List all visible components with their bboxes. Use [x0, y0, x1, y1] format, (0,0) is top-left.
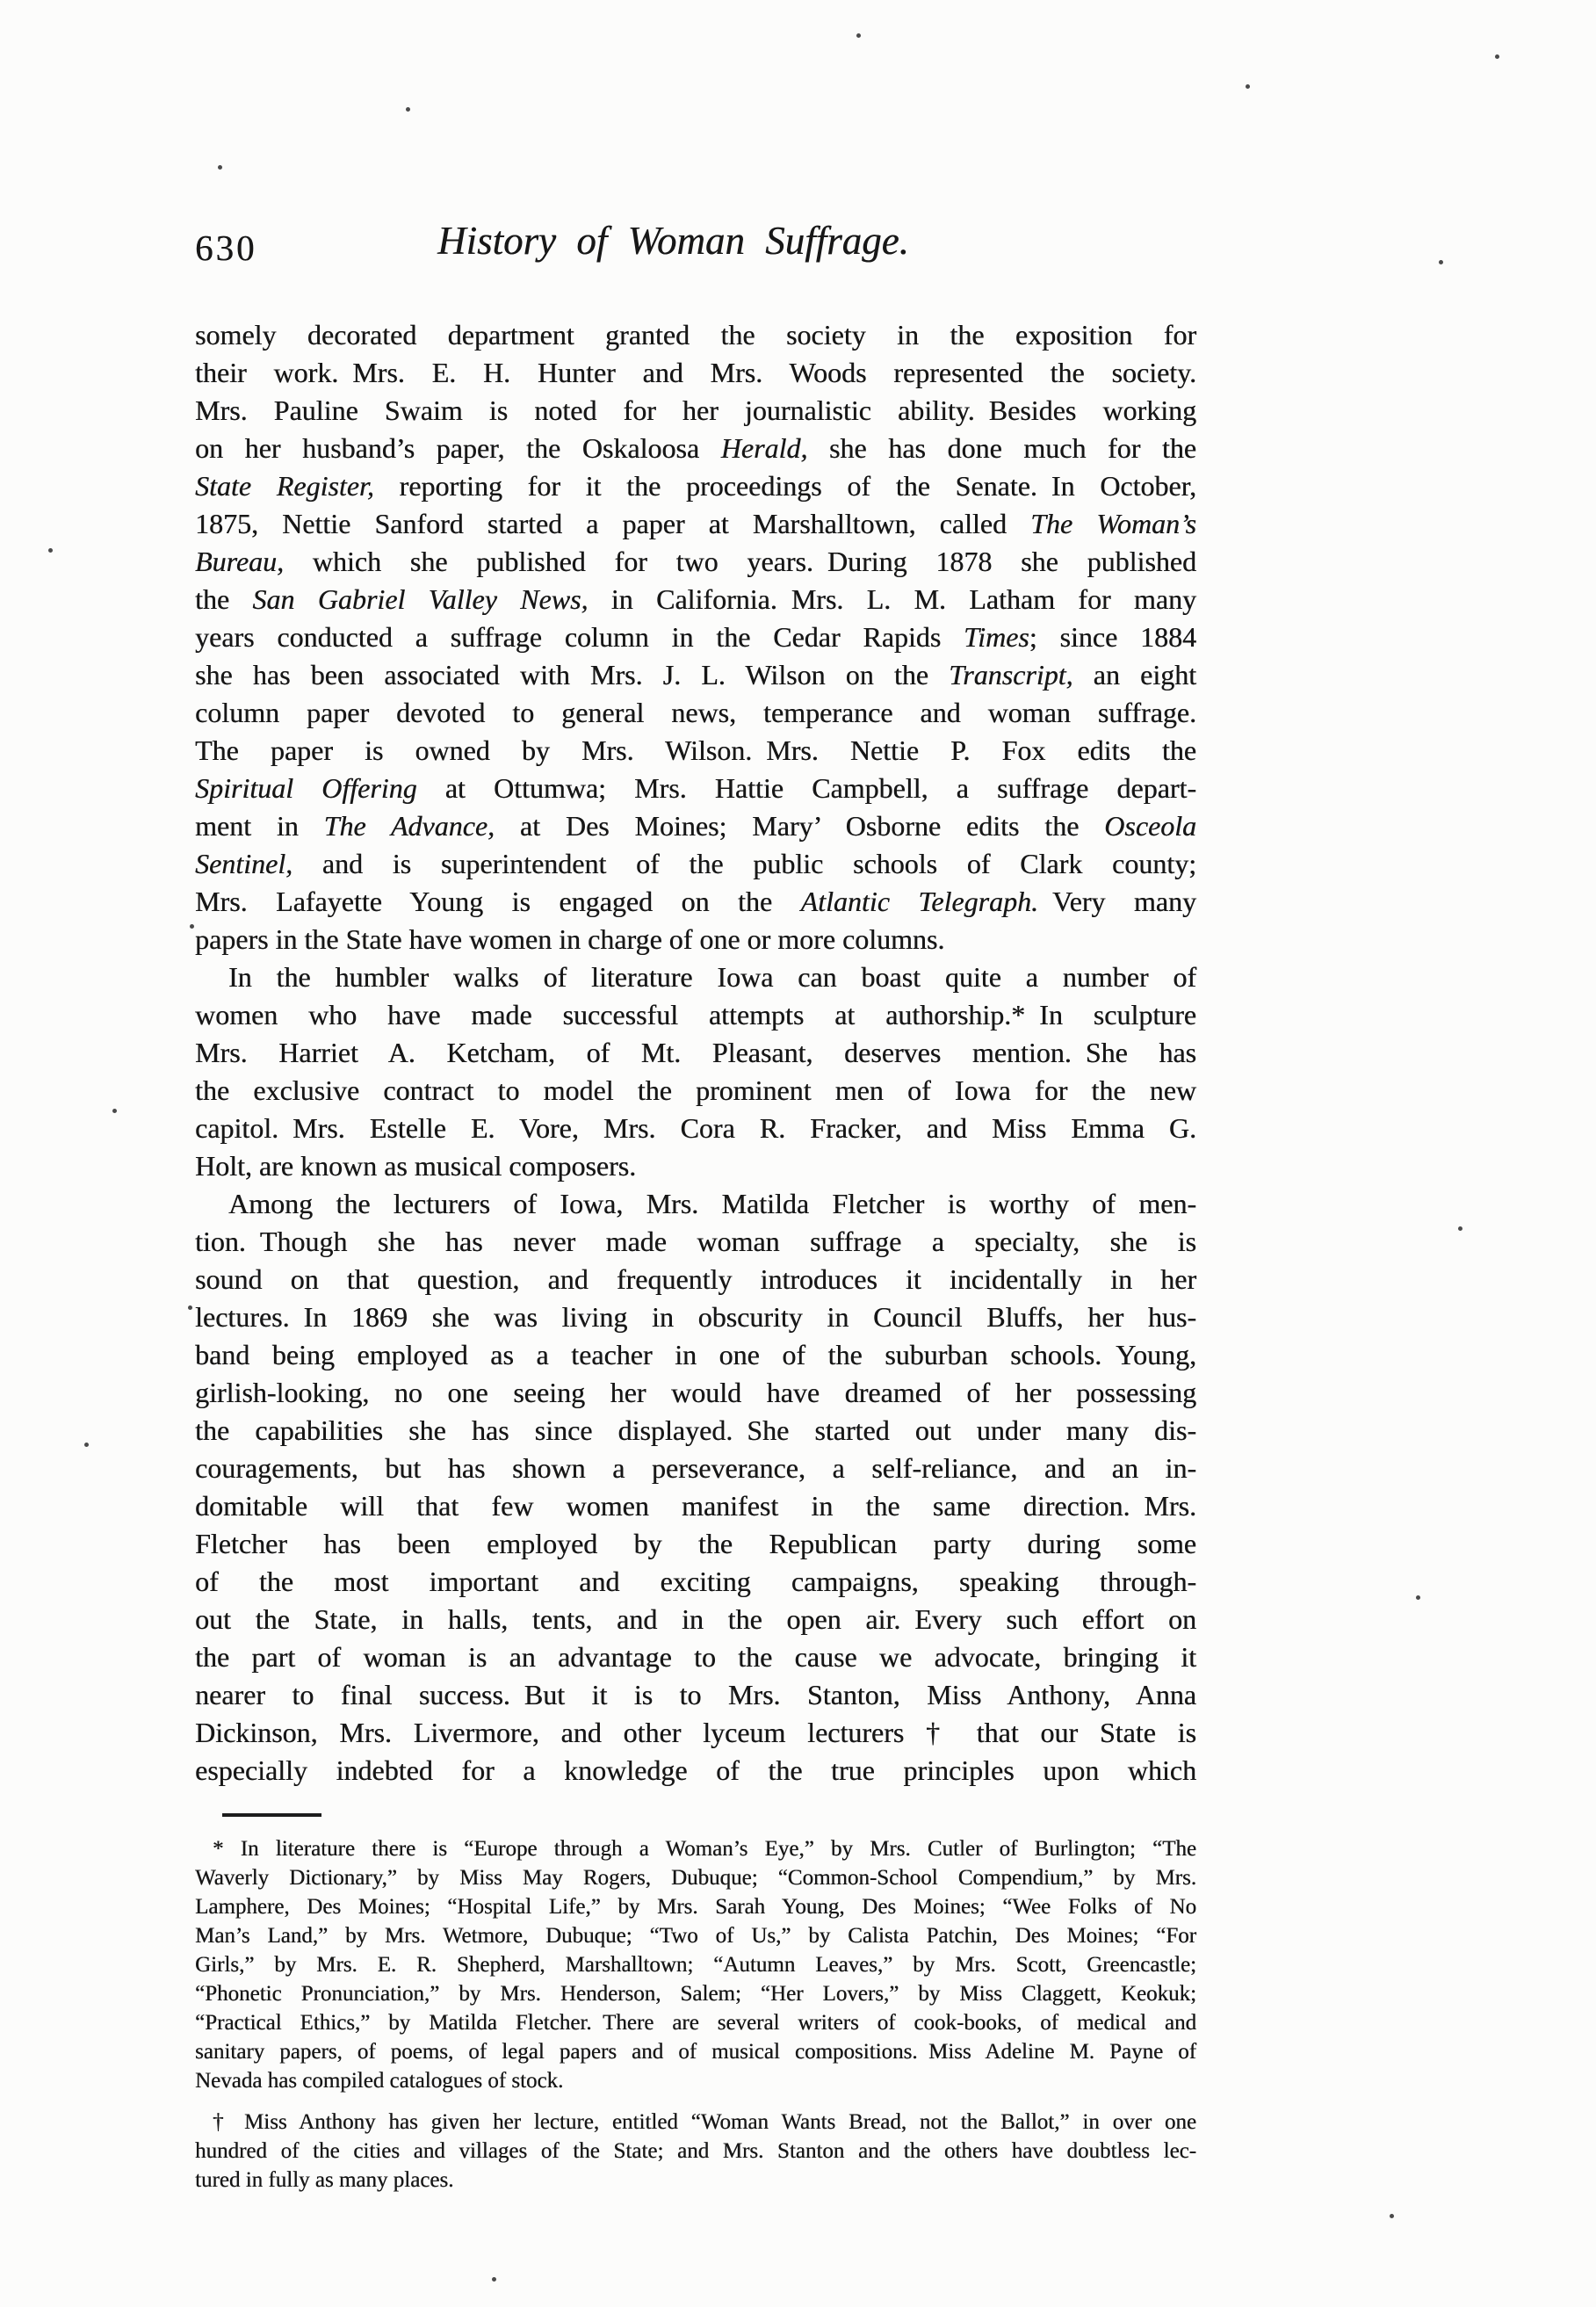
text-line: † Miss Anthony has given her lecture, en… [195, 2108, 1196, 2137]
text-segment: “Practical Ethics,” by Matilda Fletcher.… [195, 2011, 1196, 2035]
text-line: band being employed as a teacher in one … [195, 1336, 1196, 1374]
paragraph: * In literature there is “Europe through… [195, 1834, 1196, 2095]
text-segment: Holt, are known as musical composers. [195, 1150, 636, 1182]
scan-speck [1495, 54, 1499, 59]
text-line: sound on that question, and frequently i… [195, 1261, 1196, 1298]
text-segment: papers in the State have women in charge… [195, 923, 944, 955]
text-segment: at Des Moines; Mary’ Osborne edits the [495, 810, 1104, 842]
text-segment: ; since 1884 [1029, 621, 1196, 653]
text-segment: which she published for two years. Durin… [284, 546, 1196, 577]
text-segment: Waverly Dictionary,” by Miss May Rogers,… [195, 1866, 1196, 1890]
text-segment: tion. Though she has never made woman su… [195, 1226, 1196, 1257]
text-segment: Fletcher has been employed by the Republ… [195, 1528, 1196, 1559]
text-segment: especially indebted for a knowledge of t… [195, 1754, 1196, 1786]
text-line: their work. Mrs. E. H. Hunter and Mrs. W… [195, 354, 1196, 392]
scan-speck [112, 1109, 117, 1113]
text-line: somely decorated department granted the … [195, 316, 1196, 354]
text-line: “Phonetic Pronunciation,” by Mrs. Hender… [195, 1979, 1196, 2008]
italic-text: Spiritual Offering [195, 772, 417, 804]
italic-text: Transcript, [949, 659, 1072, 691]
page-number: 630 [195, 227, 257, 269]
text-segment: the part of woman is an advantage to the… [195, 1641, 1196, 1673]
text-line: the capabilities she has since displayed… [195, 1412, 1196, 1450]
text-segment: couragements, but has shown a perseveran… [195, 1452, 1196, 1484]
text-segment: band being employed as a teacher in one … [195, 1339, 1196, 1370]
scan-speck [188, 1305, 192, 1310]
text-line: Mrs. Pauline Swaim is noted for her jour… [195, 392, 1196, 430]
text-segment: sanitary papers, of poems, of legal pape… [195, 2040, 1196, 2064]
text-line: “Practical Ethics,” by Matilda Fletcher.… [195, 2008, 1196, 2037]
text-segment: hundred of the cities and villages of th… [195, 2139, 1196, 2163]
scan-speck [1246, 84, 1250, 89]
text-line: Spiritual Offering at Ottumwa; Mrs. Hatt… [195, 770, 1196, 807]
scan-speck [856, 33, 861, 38]
scan-speck [48, 548, 53, 553]
text-line: tion. Though she has never made woman su… [195, 1223, 1196, 1261]
italic-text: Atlantic Telegraph. [801, 886, 1038, 917]
italic-text: The Woman’s [1030, 508, 1196, 539]
text-line: tured in fully as many places. [195, 2166, 1196, 2195]
text-line: especially indebted for a knowledge of t… [195, 1752, 1196, 1790]
italic-text: The Advance, [324, 810, 495, 842]
italic-text: State Register, [195, 470, 374, 502]
scan-speck [492, 2277, 496, 2282]
text-line: Mrs. Harriet A. Ketcham, of Mt. Pleasant… [195, 1034, 1196, 1072]
text-segment: nearer to final success. But it is to Mr… [195, 1679, 1196, 1710]
text-segment: at Ottumwa; Mrs. Hattie Campbell, a suff… [417, 772, 1196, 804]
text-segment: somely decorated department granted the … [195, 319, 1196, 351]
text-segment: ment in [195, 810, 324, 842]
scan-speck [1390, 2214, 1394, 2218]
text-segment: capitol. Mrs. Estelle E. Vore, Mrs. Cora… [195, 1112, 1196, 1144]
scan-speck [406, 107, 410, 112]
text-segment: out the State, in halls, tents, and in t… [195, 1603, 1196, 1635]
text-line: column paper devoted to general news, te… [195, 694, 1196, 732]
text-segment: she has done much for the [807, 432, 1196, 464]
text-line: out the State, in halls, tents, and in t… [195, 1601, 1196, 1638]
text-line: Among the lecturers of Iowa, Mrs. Matild… [195, 1185, 1196, 1223]
text-segment: Mrs. Lafayette Young is engaged on the [195, 886, 801, 917]
text-line: hundred of the cities and villages of th… [195, 2137, 1196, 2166]
text-segment: In the humbler walks of literature Iowa … [228, 961, 1196, 993]
text-segment: Among the lecturers of Iowa, Mrs. Matild… [228, 1188, 1196, 1219]
text-segment: years conducted a suffrage column in the… [195, 621, 964, 653]
footnote-separator-rule [222, 1813, 321, 1817]
text-line: The paper is owned by Mrs. Wilson. Mrs. … [195, 732, 1196, 770]
text-line: she has been associated with Mrs. J. L. … [195, 656, 1196, 694]
text-segment: she has been associated with Mrs. J. L. … [195, 659, 949, 691]
italic-text: Herald, [721, 432, 808, 464]
text-segment: Mrs. Pauline Swaim is noted for her jour… [195, 394, 1196, 426]
scan-speck [218, 165, 222, 170]
text-segment: Dickinson, Mrs. Livermore, and other lyc… [195, 1717, 1196, 1748]
text-line: Sentinel, and is superintendent of the p… [195, 845, 1196, 883]
text-line: papers in the State have women in charge… [195, 921, 1196, 958]
text-line: ment in The Advance, at Des Moines; Mary… [195, 807, 1196, 845]
paragraph: Among the lecturers of Iowa, Mrs. Matild… [195, 1185, 1196, 1790]
text-line: Waverly Dictionary,” by Miss May Rogers,… [195, 1863, 1196, 1892]
text-line: Lamphere, Des Moines; “Hospital Life,” b… [195, 1892, 1196, 1921]
text-segment: girlish-looking, no one seeing her would… [195, 1377, 1196, 1408]
paragraph: † Miss Anthony has given her lecture, en… [195, 2108, 1196, 2195]
text-segment: column paper devoted to general news, te… [195, 697, 1196, 728]
footnote-list: * In literature there is “Europe through… [195, 1834, 1196, 2195]
text-line: * In literature there is “Europe through… [195, 1834, 1196, 1863]
text-line: years conducted a suffrage column in the… [195, 618, 1196, 656]
text-segment: reporting for it the proceedings of the … [374, 470, 1196, 502]
text-line: Dickinson, Mrs. Livermore, and other lyc… [195, 1714, 1196, 1752]
text-segment: the exclusive contract to model the prom… [195, 1074, 1196, 1106]
text-line: Bureau, which she published for two year… [195, 543, 1196, 581]
page-title: History of Woman Suffrage. [437, 218, 909, 264]
text-line: Man’s Land,” by Mrs. Wetmore, Dubuque; “… [195, 1921, 1196, 1950]
text-segment: The paper is owned by Mrs. Wilson. Mrs. … [195, 734, 1196, 766]
text-line: sanitary papers, of poems, of legal pape… [195, 2037, 1196, 2066]
text-line: 1875, Nettie Sanford started a paper at … [195, 505, 1196, 543]
text-line: lectures. In 1869 she was living in obsc… [195, 1298, 1196, 1336]
text-segment: Lamphere, Des Moines; “Hospital Life,” b… [195, 1895, 1196, 1919]
text-line: of the most important and exciting campa… [195, 1563, 1196, 1601]
text-line: Nevada has compiled catalogues of stock. [195, 2066, 1196, 2095]
text-segment: † Miss Anthony has given her lecture, en… [213, 2110, 1196, 2134]
text-segment: Man’s Land,” by Mrs. Wetmore, Dubuque; “… [195, 1924, 1196, 1948]
text-segment: of the most important and exciting campa… [195, 1566, 1196, 1597]
text-segment: women who have made successful attempts … [195, 999, 1196, 1031]
text-segment: and is superintendent of the public scho… [292, 848, 1196, 879]
scan-speck [190, 924, 194, 929]
text-line: the San Gabriel Valley News, in Californ… [195, 581, 1196, 618]
body-paragraphs: somely decorated department granted the … [195, 316, 1196, 1790]
text-line: capitol. Mrs. Estelle E. Vore, Mrs. Cora… [195, 1110, 1196, 1147]
text-line: Holt, are known as musical composers. [195, 1147, 1196, 1185]
italic-text: Times [964, 621, 1029, 653]
text-segment: Nevada has compiled catalogues of stock. [195, 2069, 563, 2093]
text-line: Girls,” by Mrs. E. R. Shepherd, Marshall… [195, 1950, 1196, 1979]
text-line: girlish-looking, no one seeing her would… [195, 1374, 1196, 1412]
text-line: women who have made successful attempts … [195, 996, 1196, 1034]
text-segment: “Phonetic Pronunciation,” by Mrs. Hender… [195, 1982, 1196, 2006]
scan-speck [1458, 1226, 1462, 1231]
text-line: Fletcher has been employed by the Republ… [195, 1525, 1196, 1563]
text-line: the part of woman is an advantage to the… [195, 1638, 1196, 1676]
text-line: couragements, but has shown a perseveran… [195, 1450, 1196, 1487]
text-segment: * In literature there is “Europe through… [213, 1837, 1196, 1861]
text-segment: tured in fully as many places. [195, 2168, 453, 2192]
text-line: Mrs. Lafayette Young is engaged on the A… [195, 883, 1196, 921]
scan-speck [84, 1443, 89, 1447]
text-segment: domitable will that few women manifest i… [195, 1490, 1196, 1522]
paragraph: In the humbler walks of literature Iowa … [195, 958, 1196, 1185]
text-segment: sound on that question, and frequently i… [195, 1263, 1196, 1295]
text-segment: their work. Mrs. E. H. Hunter and Mrs. W… [195, 357, 1196, 388]
italic-text: Sentinel, [195, 848, 292, 879]
italic-text: Bureau, [195, 546, 284, 577]
paragraph: somely decorated department granted the … [195, 316, 1196, 958]
text-segment: 1875, Nettie Sanford started a paper at … [195, 508, 1030, 539]
text-segment: an eight [1073, 659, 1197, 691]
text-segment: Girls,” by Mrs. E. R. Shepherd, Marshall… [195, 1953, 1196, 1977]
text-segment: the capabilities she has since displayed… [195, 1414, 1196, 1446]
text-line: State Register, reporting for it the pro… [195, 467, 1196, 505]
italic-text: Osceola [1104, 810, 1196, 842]
text-segment: Very many [1038, 886, 1196, 917]
text-segment: Mrs. Harriet A. Ketcham, of Mt. Pleasant… [195, 1037, 1196, 1068]
text-segment: the [195, 583, 252, 615]
page: 630 History of Woman Suffrage. somely de… [0, 0, 1596, 2307]
text-segment: on her husband’s paper, the Oskaloosa [195, 432, 721, 464]
text-line: domitable will that few women manifest i… [195, 1487, 1196, 1525]
scan-speck [1439, 260, 1443, 264]
text-line: on her husband’s paper, the Oskaloosa He… [195, 430, 1196, 467]
text-segment: in California. Mrs. L. M. Latham for man… [588, 583, 1196, 615]
text-line: nearer to final success. But it is to Mr… [195, 1676, 1196, 1714]
scan-speck [1416, 1595, 1420, 1600]
text-segment: lectures. In 1869 she was living in obsc… [195, 1301, 1196, 1333]
text-line: the exclusive contract to model the prom… [195, 1072, 1196, 1110]
text-line: In the humbler walks of literature Iowa … [195, 958, 1196, 996]
italic-text: San Gabriel Valley News, [252, 583, 588, 615]
